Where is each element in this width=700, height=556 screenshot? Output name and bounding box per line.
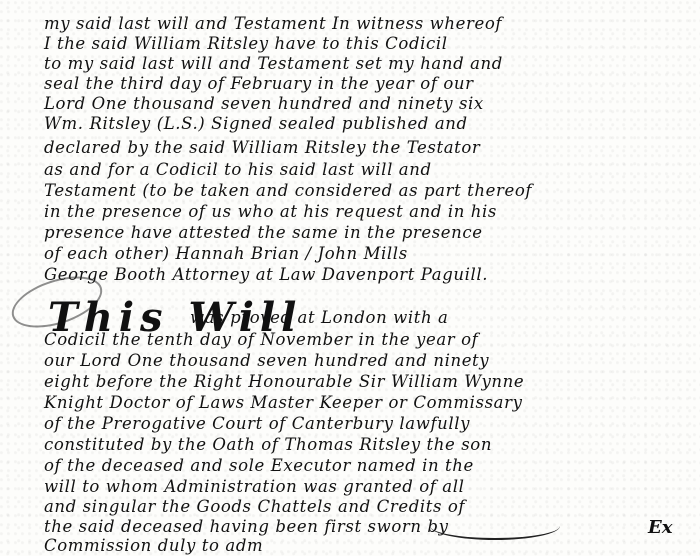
probate-line-11: the said deceased having been first swor… bbox=[44, 517, 449, 537]
codicil-signature-line: Wm. Ritsley (L.S.) Signed sealed publish… bbox=[44, 114, 468, 134]
probate-line-4: eight before the Right Honourable Sir Wi… bbox=[44, 372, 524, 392]
probate-line-10: and singular the Goods Chattels and Cred… bbox=[44, 497, 465, 517]
attorney-line: George Booth Attorney at Law Davenport P… bbox=[44, 265, 488, 285]
witnesses-line: of each other) Hannah Brian / John Mills bbox=[44, 244, 408, 264]
document-page: my said last will and Testament In witne… bbox=[0, 0, 700, 556]
probate-line-1: was proved at London with a bbox=[190, 308, 449, 328]
codicil-line-3: to my said last will and Testament set m… bbox=[44, 54, 503, 74]
examined-mark: Ex bbox=[648, 517, 672, 538]
probate-line-8: of the deceased and sole Executor named … bbox=[44, 456, 474, 476]
probate-line-9: will to whom Administration was granted … bbox=[44, 477, 465, 497]
codicil-line-9: Testament (to be taken and considered as… bbox=[44, 181, 532, 201]
codicil-line-11: presence have attested the same in the p… bbox=[44, 223, 483, 243]
probate-line-2: Codicil the tenth day of November in the… bbox=[44, 330, 478, 350]
probate-line-12: Commission duly to adm bbox=[44, 536, 263, 556]
signature-swash-icon bbox=[430, 512, 560, 540]
codicil-line-4: seal the third day of February in the ye… bbox=[44, 74, 474, 94]
probate-line-7: constituted by the Oath of Thomas Ritsle… bbox=[44, 435, 492, 455]
codicil-line-8: as and for a Codicil to his said last wi… bbox=[44, 160, 432, 180]
codicil-line-2: I the said William Ritsley have to this … bbox=[44, 34, 448, 54]
probate-line-5: Knight Doctor of Laws Master Keeper or C… bbox=[44, 393, 523, 413]
probate-line-3: our Lord One thousand seven hundred and … bbox=[44, 351, 489, 371]
codicil-line-10: in the presence of us who at his request… bbox=[44, 202, 497, 222]
codicil-line-1: my said last will and Testament In witne… bbox=[44, 14, 502, 34]
probate-line-6: of the Prerogative Court of Canterbury l… bbox=[44, 414, 470, 434]
codicil-line-5: Lord One thousand seven hundred and nine… bbox=[44, 94, 484, 114]
codicil-line-7: declared by the said William Ritsley the… bbox=[44, 138, 480, 158]
